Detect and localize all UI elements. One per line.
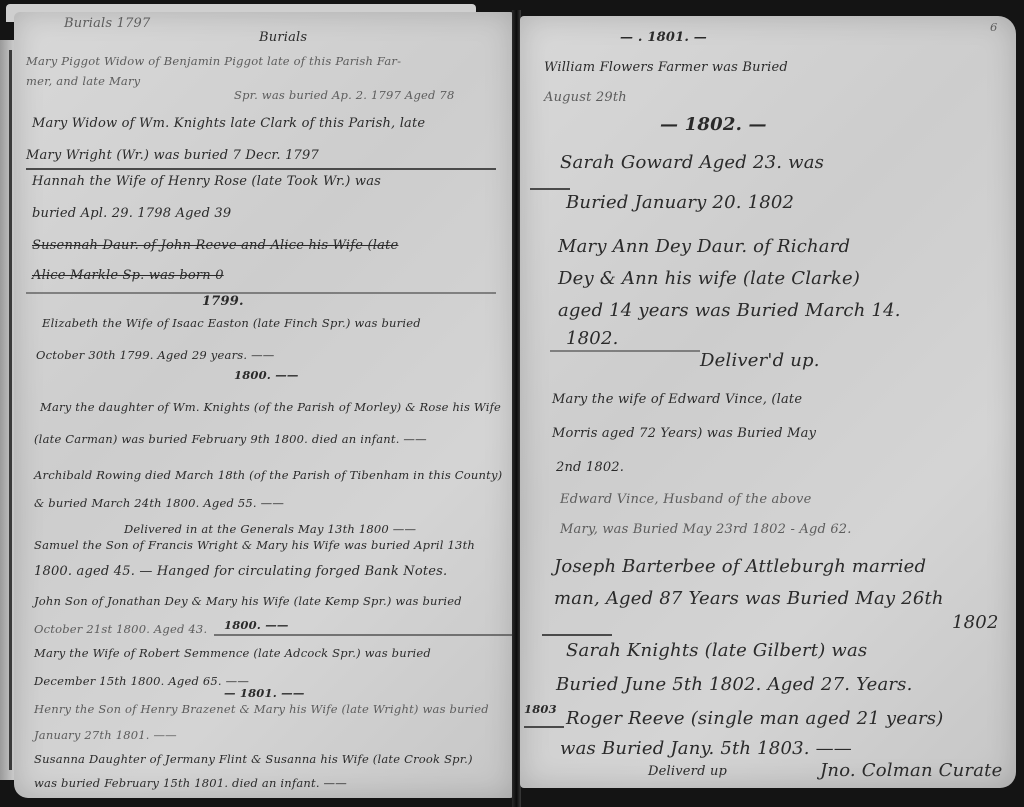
entry-line: 2nd 1802. [556,460,624,475]
year-heading: — 1802. — [660,114,767,135]
entry-line: Henry the Son of Henry Brazenet & Mary h… [34,702,489,716]
divider [214,634,514,636]
entry-line: Morris aged 72 Years) was Buried May [552,426,816,441]
entry-line: Mary, was Buried May 23rd 1802 - Agd 62. [560,522,852,537]
divider [26,168,496,170]
entry-line: Mary the wife of Edward Vince, (late [552,392,802,407]
margin-mark [542,634,612,636]
margin-mark [530,188,570,190]
entry-line: 1802 [952,612,999,633]
entry-line: Edward Vince, Husband of the above [560,492,812,507]
entry-line: (late Carman) was buried February 9th 18… [34,432,427,446]
entry-line: Samuel the Son of Francis Wright & Mary … [34,538,475,552]
delivery-note: Delivered in at the Generals May 13th 18… [124,522,416,536]
entry-line: Buried January 20. 1802 [566,192,794,213]
entry-line: John Son of Jonathan Dey & Mary his Wife… [34,594,462,608]
entry-line: Mary the Wife of Robert Semmence (late A… [34,646,431,660]
entry-line: Mary Piggot Widow of Benjamin Piggot lat… [26,54,401,68]
entry-line: buried Apl. 29. 1798 Aged 39 [32,206,231,221]
entry-line: Sarah Goward Aged 23. was [560,152,824,173]
entry-line: Mary Ann Dey Daur. of Richard [558,236,850,257]
register-spread: Burials 1797 Burials Mary Piggot Widow o… [0,0,1024,807]
entry-line: Sarah Knights (late Gilbert) was [566,640,867,661]
margin-mark [524,726,564,728]
entry-line: Dey & Ann his wife (late Clarke) [558,268,860,289]
left-page-title: Burials [259,30,307,45]
entry-line: Mary the daughter of Wm. Knights (of the… [40,400,501,414]
entry-line: mer, and late Mary [26,74,140,88]
year-heading: 1800. —— [234,368,299,382]
entry-line: Mary Widow of Wm. Knights late Clark of … [32,116,425,131]
year-heading: 1799. [202,294,244,309]
delivery-note: Deliver'd up. [700,350,820,371]
entry-line: October 30th 1799. Aged 29 years. —— [36,348,274,362]
curate-signature: Jno. Colman Curate [820,760,1002,781]
right-page: 6 — . 1801. — William Flowers Farmer was… [520,16,1016,788]
entry-line: Susanna Daughter of Jermany Flint & Susa… [34,752,473,766]
crossed-entry-line: Alice Markle Sp. was born 0 [32,268,224,283]
entry-line: Archibald Rowing died March 18th (of the… [34,468,502,482]
entry-line: December 15th 1800. Aged 65. —— [34,674,249,688]
left-header-year: Burials 1797 [64,16,151,31]
year-heading: 1800. —— [224,618,289,632]
entry-line: January 27th 1801. —— [34,728,177,742]
year-heading: 1803 [524,702,557,716]
entry-line: was Buried Jany. 5th 1803. —— [560,738,852,759]
year-heading: — . 1801. — [620,30,707,45]
divider [550,350,700,352]
entry-line: William Flowers Farmer was Buried [544,60,788,75]
divider [26,292,496,294]
entry-line: Hannah the Wife of Henry Rose (late Took… [32,174,381,189]
entry-line: Joseph Barterbee of Attleburgh married [554,556,926,577]
crossed-entry-line: Susennah Daur. of John Reeve and Alice h… [32,238,398,253]
year-heading: — 1801. —— [224,686,305,700]
entry-line: aged 14 years was Buried March 14. [558,300,901,321]
entry-line: Roger Reeve (single man aged 21 years) [566,708,943,729]
delivery-note: Deliverd up [648,764,727,779]
entry-line: was buried February 15th 1801. died an i… [34,776,347,790]
left-page: Burials 1797 Burials Mary Piggot Widow o… [14,12,514,798]
entry-line: 1800. aged 45. — Hanged for circulating … [34,564,447,579]
entry-line: Elizabeth the Wife of Isaac Easton (late… [42,316,421,330]
entry-line: Buried June 5th 1802. Aged 27. Years. [556,674,913,695]
entry-line: Spr. was buried Ap. 2. 1797 Aged 78 [234,88,454,102]
entry-line: August 29th [544,90,627,105]
entry-line: Mary Wright (Wr.) was buried 7 Decr. 179… [26,148,319,163]
entry-line: & buried March 24th 1800. Aged 55. —— [34,496,284,510]
entry-line: 1802. [566,328,619,349]
entry-line: man, Aged 87 Years was Buried May 26th [554,588,944,609]
page-number: 6 [990,20,998,34]
entry-line: October 21st 1800. Aged 43. [34,622,207,636]
